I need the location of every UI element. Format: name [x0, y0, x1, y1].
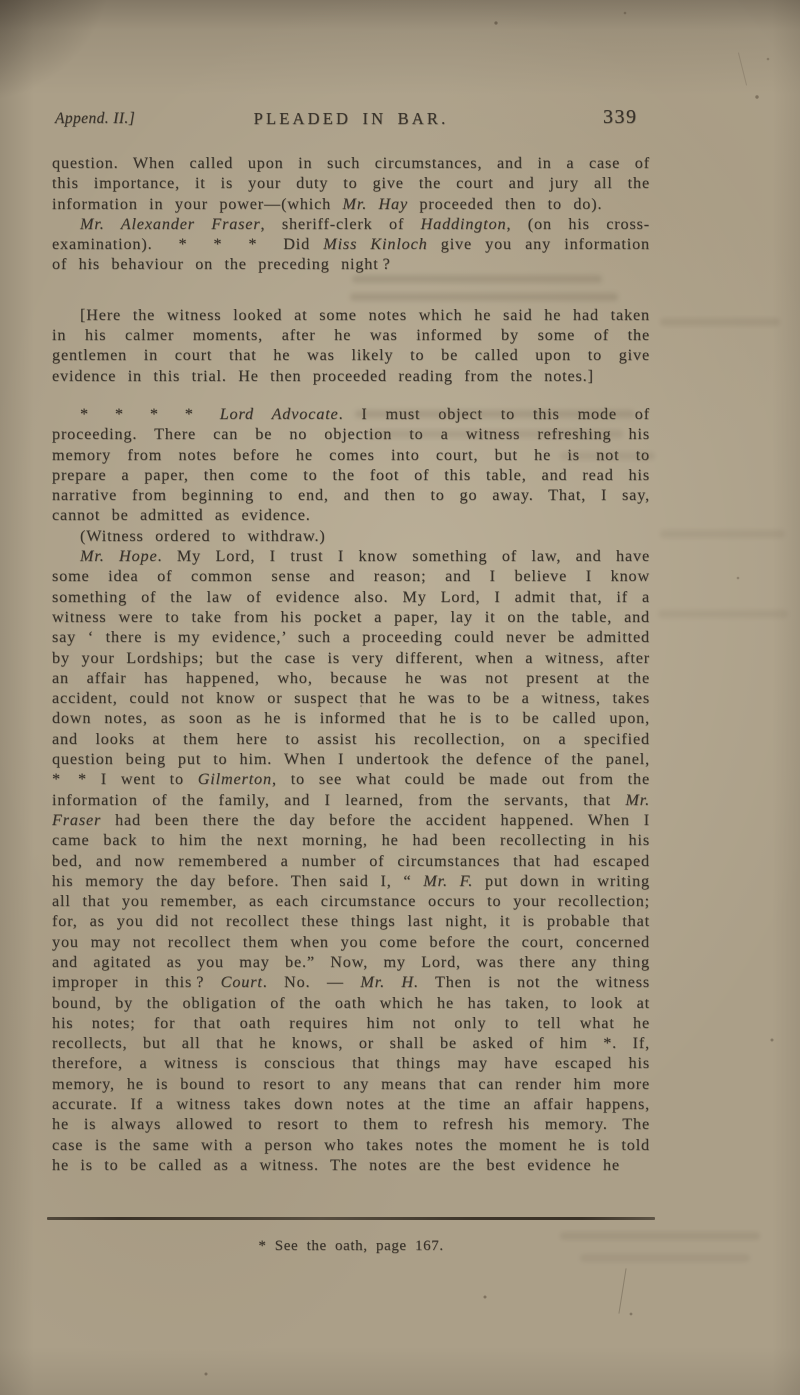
bleed-through-smudge: [660, 530, 785, 538]
italic-text-run: Miss Kinloch: [323, 235, 427, 253]
paragraph-witness-withdraw: (Witness ordered to withdraw.): [52, 526, 650, 546]
text-run: (Witness ordered to withdraw.): [80, 527, 326, 545]
italic-text-run: Mr. Hay: [343, 195, 409, 213]
bleed-through-smudge: [352, 275, 602, 283]
paragraph-lord-advocate-objection: * * * * Lord Advocate. I must object to …: [52, 404, 650, 526]
paragraph-continuation: question. When called upon in such circu…: [52, 153, 650, 214]
paragraph-fraser-cross-examination: Mr. Alexander Fraser, sheriff-clerk of H…: [52, 214, 650, 275]
text-run: proceeded then to do).: [408, 195, 602, 213]
italic-text-run: Lord Advocate: [220, 405, 339, 423]
text-run: . No. —: [263, 973, 361, 991]
italic-text-run: Gilmerton: [198, 770, 272, 788]
page-number: 339: [603, 106, 638, 129]
paper-scratch: [738, 52, 748, 85]
italic-text-run: Mr. Alexander Fraser: [80, 215, 261, 233]
paper-specks: [0, 0, 2, 2]
bleed-through-smudge: [560, 452, 655, 460]
bleed-through-smudge: [580, 1254, 750, 1262]
bleed-through-smudge: [658, 610, 788, 618]
text-run: , sheriff-clerk of: [261, 215, 421, 233]
italic-text-run: Mr. F.: [423, 872, 473, 890]
italic-text-run: Court: [221, 973, 263, 991]
footnote-text: * See the oath, page 167.: [52, 1238, 650, 1255]
text-run: Then is not the witness bound, by the ob…: [52, 973, 650, 1174]
italic-text-run: Mr. Hope: [80, 547, 158, 565]
paragraph-mr-hope-argument: Mr. Hope. My Lord, I trust I know someth…: [52, 546, 650, 1175]
paper-scratch: [618, 1268, 627, 1314]
bleed-through-smudge: [560, 1232, 760, 1240]
bleed-through-smudge: [355, 410, 635, 418]
bleed-through-smudge: [368, 430, 623, 438]
scanned-book-page: Append. II.] PLEADED IN BAR. 339 questio…: [0, 0, 800, 1395]
text-run: . My Lord, I trust I know something of l…: [52, 547, 650, 788]
bleed-through-smudge: [660, 318, 780, 326]
paragraph-witness-notes-bracket: [Here the witness looked at some notes w…: [52, 305, 650, 386]
text-run: * * * *: [80, 405, 220, 423]
bleed-through-smudge: [350, 293, 618, 301]
italic-text-run: Mr. H.: [360, 973, 418, 991]
running-header-title: PLEADED IN BAR.: [52, 109, 650, 129]
text-run: [Here the witness looked at some notes w…: [52, 306, 650, 385]
body-text-block: question. When called upon in such circu…: [52, 153, 650, 1205]
footnote-rule: [47, 1217, 655, 1220]
italic-text-run: Haddington: [421, 215, 507, 233]
